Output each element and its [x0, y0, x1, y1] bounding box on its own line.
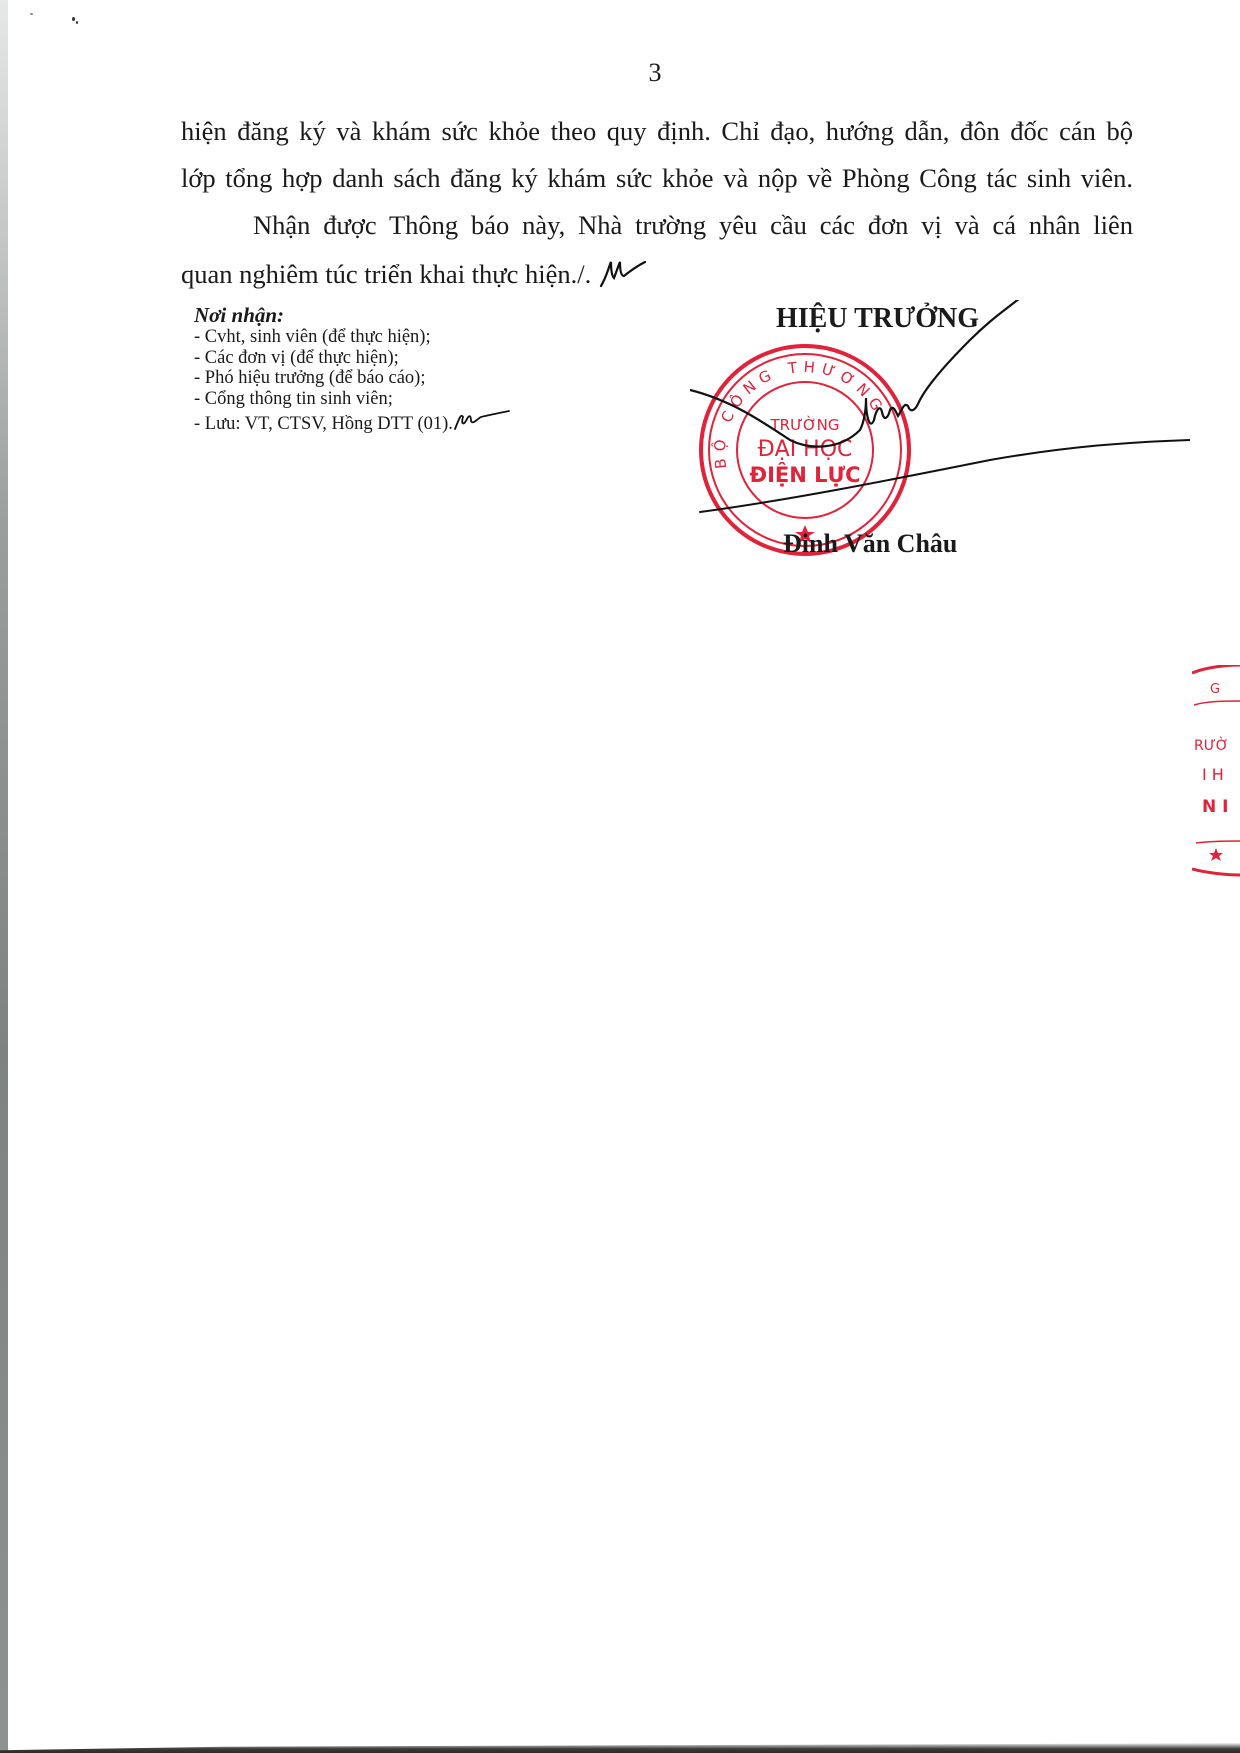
page-number: 3 [0, 58, 1240, 88]
scan-speck [72, 17, 75, 21]
scan-speck [30, 13, 33, 15]
recipient-item: - Lưu: VT, CTSV, Hồng DTT (01). [194, 409, 511, 441]
body-line-4: quan nghiêm túc triển khai thực hiện./. [181, 258, 1133, 296]
body-line-1: hiện đăng ký và khám sức khỏe theo quy đ… [181, 116, 1133, 148]
scan-left-edge [0, 0, 8, 1753]
recipient-item: - Cvht, sinh viên (để thực hiện); [194, 327, 511, 348]
body-line-3: Nhận được Thông báo này, Nhà trường yêu … [253, 210, 1133, 242]
recipient-item-text: - Lưu: VT, CTSV, Hồng DTT (01). [194, 414, 453, 434]
handwritten-initial-icon [597, 258, 649, 296]
recipients-title: Nơi nhận: [194, 303, 511, 327]
signer-name: Đinh Văn Châu [783, 529, 957, 559]
recipient-item: - Các đơn vị (để thực hiện); [194, 348, 511, 369]
body-line-2: lớp tổng hợp danh sách đăng ký khám sức … [181, 163, 1133, 195]
recipient-item: - Cổng thông tin sinh viên; [194, 389, 511, 410]
svg-text:I H: I H [1202, 765, 1224, 784]
body-line-4-text: quan nghiêm túc triển khai thực hiện./. [181, 259, 591, 289]
scan-bottom-edge [0, 1739, 1240, 1753]
svg-text:N I: N I [1202, 797, 1228, 817]
recipients-block: Nơi nhận: - Cvht, sinh viên (để thực hiệ… [194, 303, 511, 441]
recipient-item: - Phó hiệu trưởng (để báo cáo); [194, 368, 511, 389]
svg-text:RƯỜ: RƯỜ [1194, 736, 1229, 754]
handwritten-initial-icon [453, 409, 511, 441]
svg-text:G: G [1210, 682, 1220, 697]
partial-stamp-icon: G RƯỜ I H N I [1192, 665, 1240, 885]
handwritten-signature-icon [690, 300, 1190, 540]
scan-speck [76, 21, 78, 24]
